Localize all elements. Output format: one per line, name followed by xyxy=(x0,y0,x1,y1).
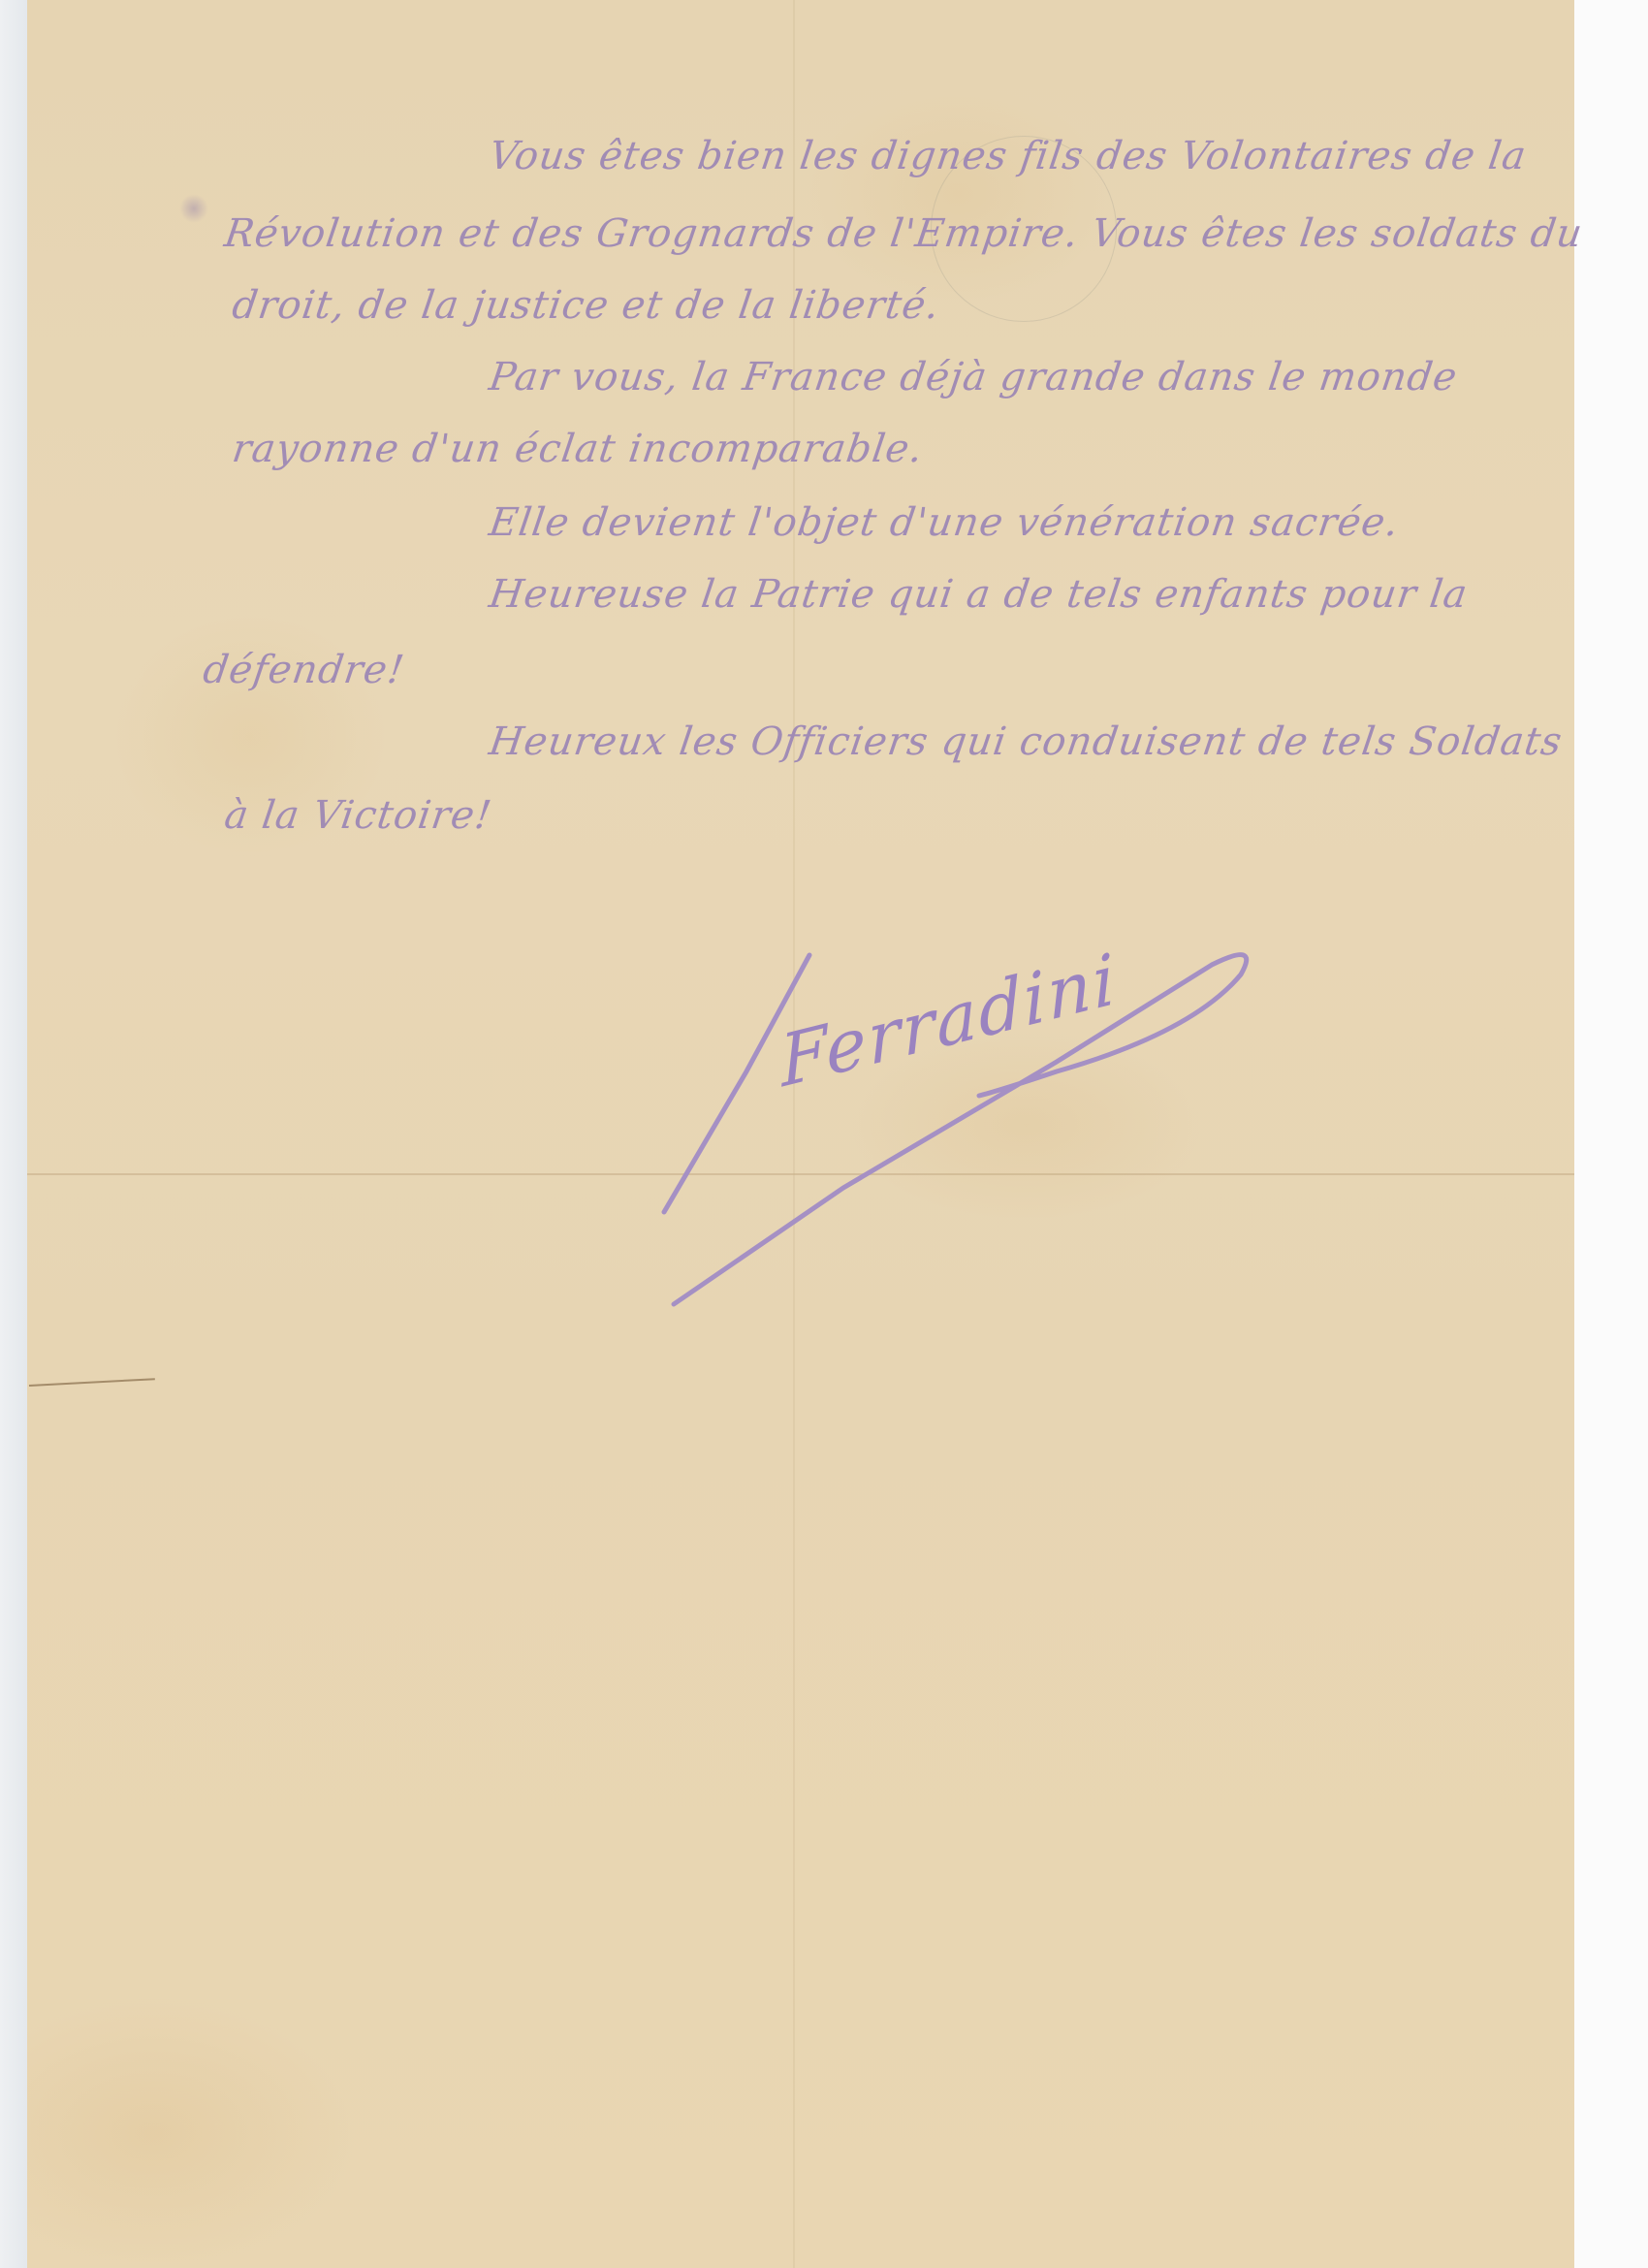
letter-line-1: Vous êtes bien les dignes fils des Volon… xyxy=(487,134,1530,178)
letter-line-10: à la Victoire! xyxy=(222,793,495,838)
letter-line-7: Heureuse la Patrie qui a de tels enfants… xyxy=(487,572,1471,617)
letter-line-3: droit, de la justice et de la liberté. xyxy=(230,283,943,328)
letter-line-4: Par vous, la France déjà grande dans le … xyxy=(487,355,1461,399)
letter-line-6: Elle devient l'objet d'une vénération sa… xyxy=(487,500,1402,545)
letter-line-2: Révolution et des Grognards de l'Empire.… xyxy=(222,211,1586,256)
scan-right-margin xyxy=(1574,0,1648,2268)
scan-left-margin xyxy=(0,0,27,2268)
letter-line-5: rayonne d'un éclat incomparable. xyxy=(230,427,927,471)
letter-line-8: défendre! xyxy=(201,648,407,692)
ink-smudge xyxy=(179,194,208,223)
signature: Ferradini xyxy=(650,926,1386,1314)
letter-line-9: Heureux les Officiers qui conduisent de … xyxy=(487,719,1566,764)
